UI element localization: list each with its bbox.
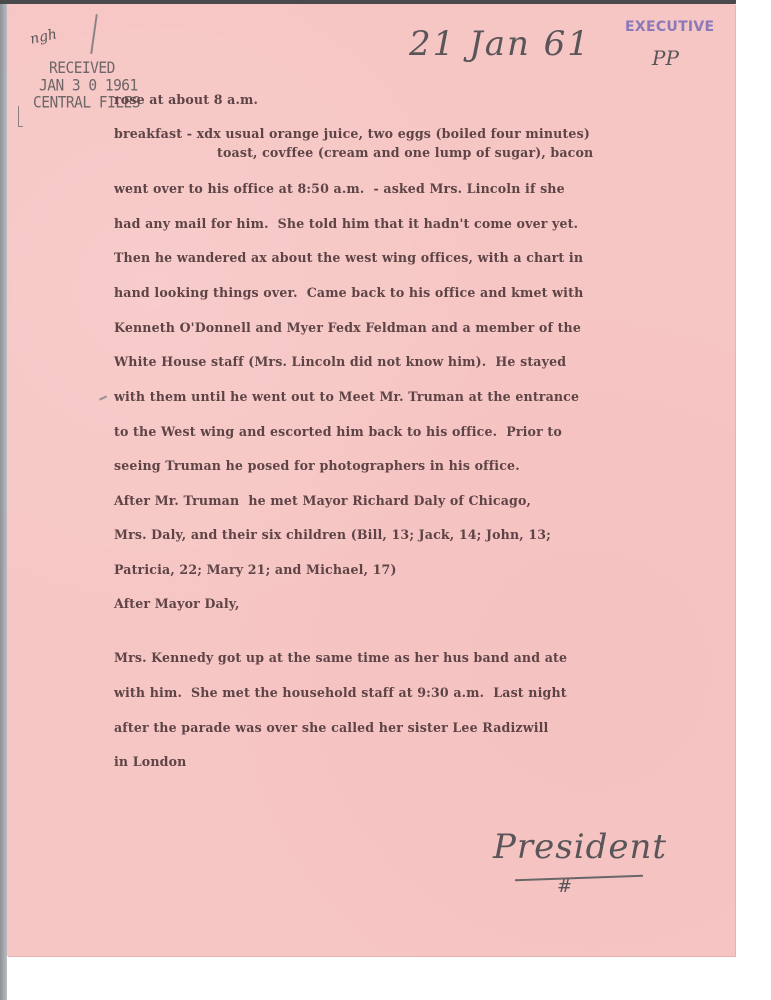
body-line: hand looking things over. Came back to h… — [114, 285, 583, 300]
body-line: Patricia, 22; Mary 21; and Michael, 17) — [114, 562, 397, 577]
stamp-bracket-mark — [18, 106, 23, 127]
handwritten-file-code: PP — [652, 46, 679, 70]
handwritten-date: 21 Jan 61 — [409, 24, 591, 64]
body-line: in London — [114, 754, 186, 769]
handwritten-subject: President — [493, 827, 667, 867]
body-line: breakfast - xdx usual orange juice, two … — [114, 126, 590, 141]
received-stamp-line: RECEIVED — [29, 60, 140, 77]
body-line: with them until he went out to Meet Mr. … — [114, 389, 579, 404]
body-line: rose at about 8 a.m. — [114, 92, 258, 107]
body-line: went over to his office at 8:50 a.m. - a… — [114, 181, 565, 196]
body-line: to the West wing and escorted him back t… — [114, 424, 562, 439]
document-page: ngh RECEIVED JAN 3 0 1961 CENTRAL FILES … — [7, 4, 735, 956]
body-line: Mrs. Kennedy got up at the same time as … — [114, 650, 567, 665]
handwritten-number-sign: # — [557, 876, 572, 897]
margin-check-mark — [99, 395, 107, 400]
handwritten-initials: ngh — [29, 26, 59, 47]
body-line: Mrs. Daly, and their six children (Bill,… — [114, 527, 551, 542]
body-line: with him. She met the household staff at… — [114, 685, 567, 700]
executive-stamp: EXECUTIVE — [625, 19, 714, 35]
handwritten-slash-mark — [90, 14, 97, 54]
body-line: Kenneth O'Donnell and Myer Fedx Feldman … — [114, 320, 581, 335]
handwritten-underline — [515, 875, 643, 881]
body-line: After Mr. Truman he met Mayor Richard Da… — [114, 493, 531, 508]
body-line: seeing Truman he posed for photographers… — [114, 458, 520, 473]
body-line: White House staff (Mrs. Lincoln did not … — [114, 354, 566, 369]
body-line: After Mayor Daly, — [114, 596, 240, 611]
body-line: after the parade was over she called her… — [114, 720, 549, 735]
scanner-edge-left — [0, 0, 7, 1000]
body-line: toast, covffee (cream and one lump of su… — [217, 145, 593, 160]
body-line: Then he wandered ax about the west wing … — [114, 250, 583, 265]
body-line: had any mail for him. She told him that … — [114, 216, 578, 231]
